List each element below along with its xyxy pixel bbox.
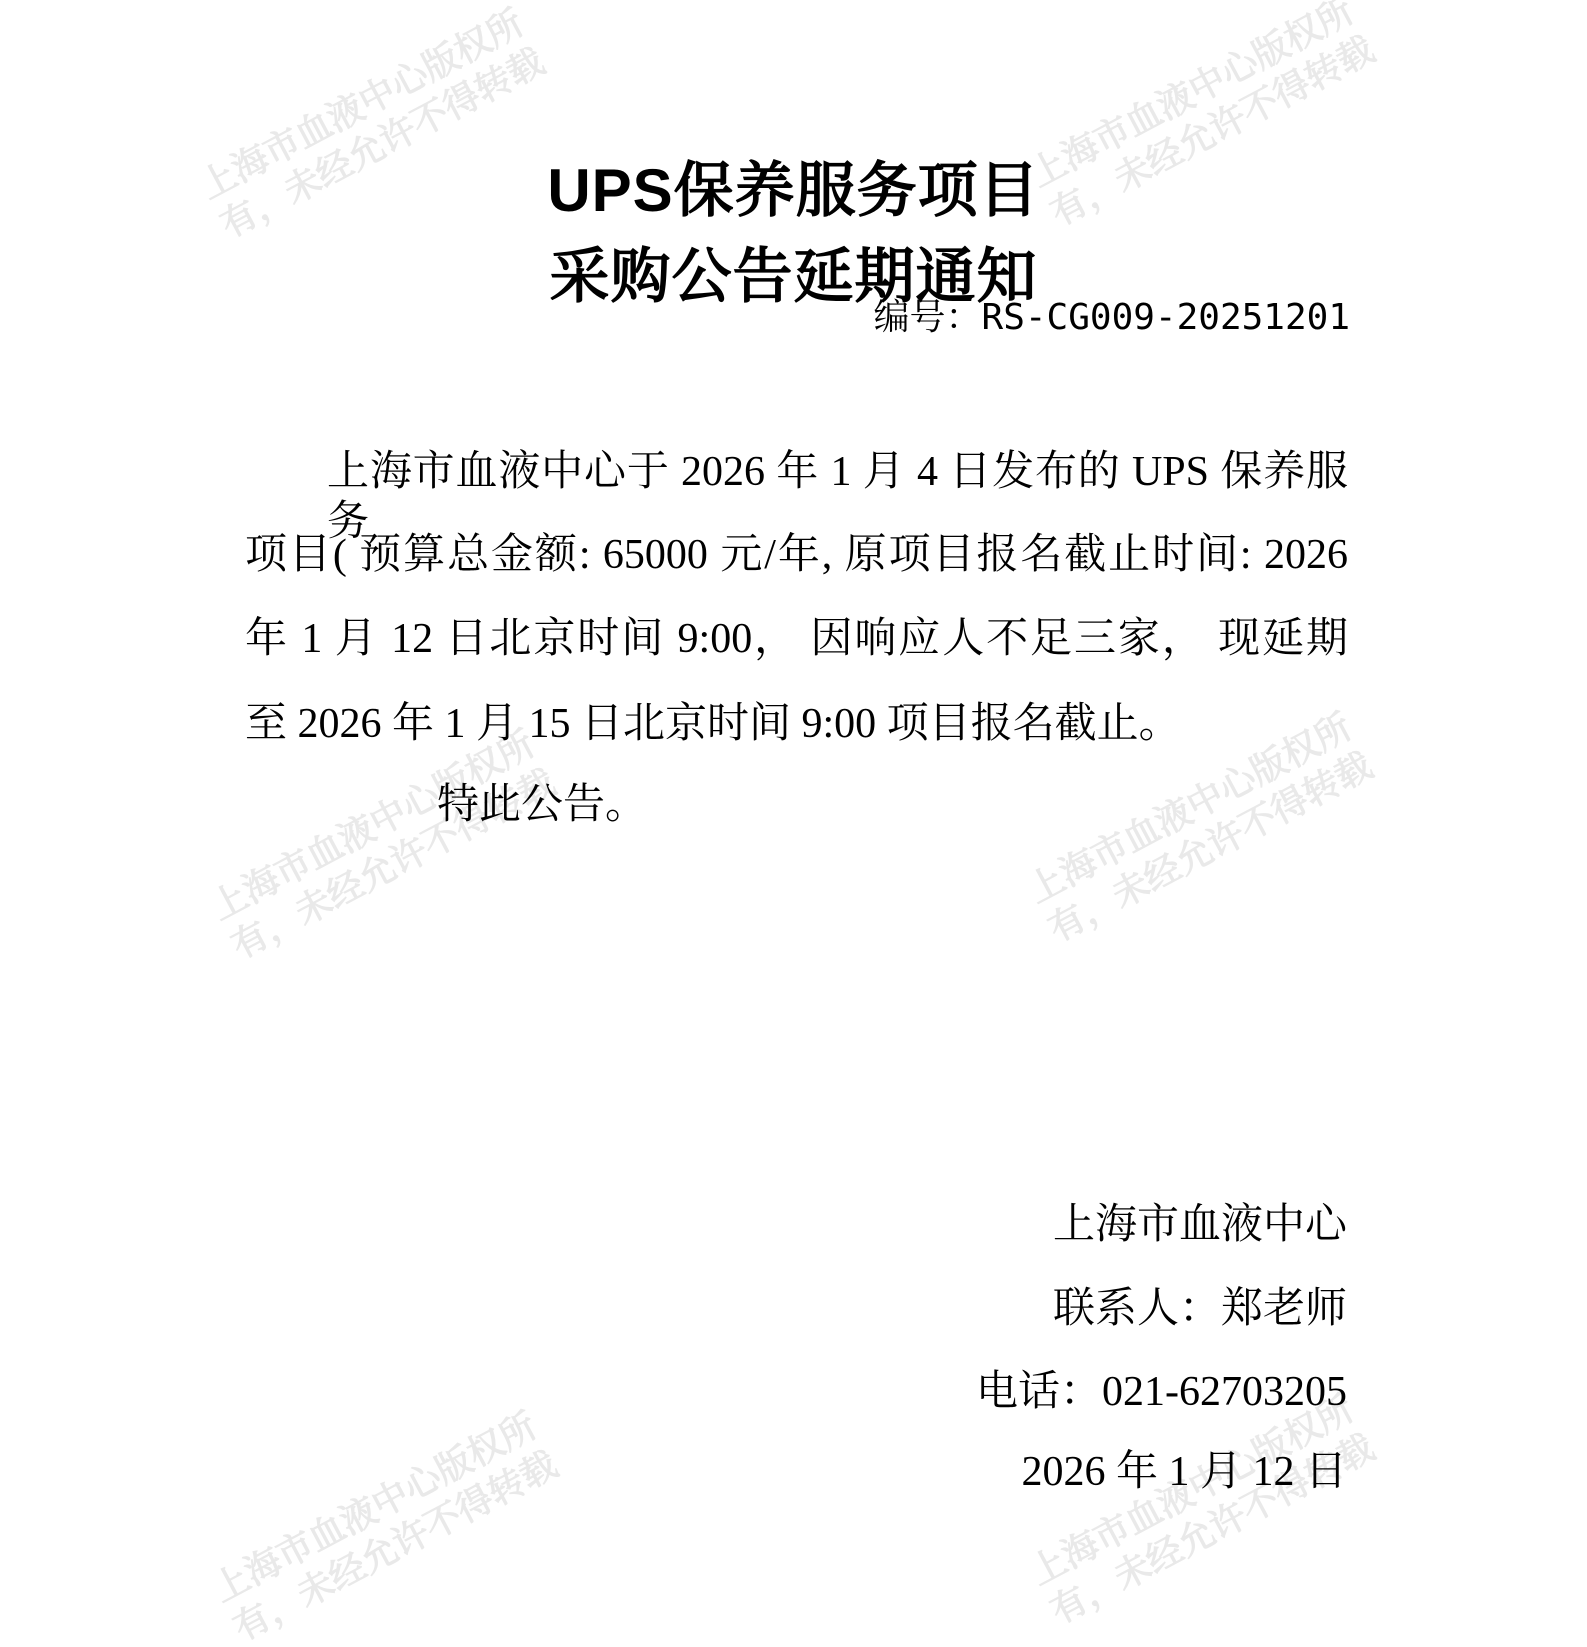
signature-contact: 联系人：郑老师	[1053, 1284, 1347, 1334]
document-title-line1: UPS保养服务项目	[0, 161, 1587, 221]
doc-number: 编号：RS-CG009-20251201	[874, 298, 1350, 338]
body-line: 年 1 月 12 日北京时间 9:00， 因响应人不足三家， 现延期	[245, 614, 1348, 664]
doc-number-label: 编号：	[874, 297, 982, 337]
signature-date: 2026 年 1 月 12 日	[1021, 1447, 1347, 1497]
doc-number-value: RS-CG009-20251201	[982, 297, 1350, 338]
body-line: 项目( 预算总金额: 65000 元/年, 原项目报名截止时间: 2026	[245, 530, 1348, 580]
document-content: UPS保养服务项目 采购公告延期通知 编号：RS-CG009-20251201 …	[0, 0, 1587, 1647]
body-line: 至 2026 年 1 月 15 日北京时间 9:00 项目报名截止。	[245, 699, 1348, 749]
body-line-closing: 特此公告。	[245, 780, 1540, 830]
signature-org: 上海市血液中心	[1053, 1200, 1347, 1250]
signature-phone: 电话：021-62703205	[976, 1367, 1347, 1417]
document-page: 上海市血液中心版权所 有，未经允许不得转载 上海市血液中心版权所 有，未经允许不…	[0, 0, 1587, 1647]
